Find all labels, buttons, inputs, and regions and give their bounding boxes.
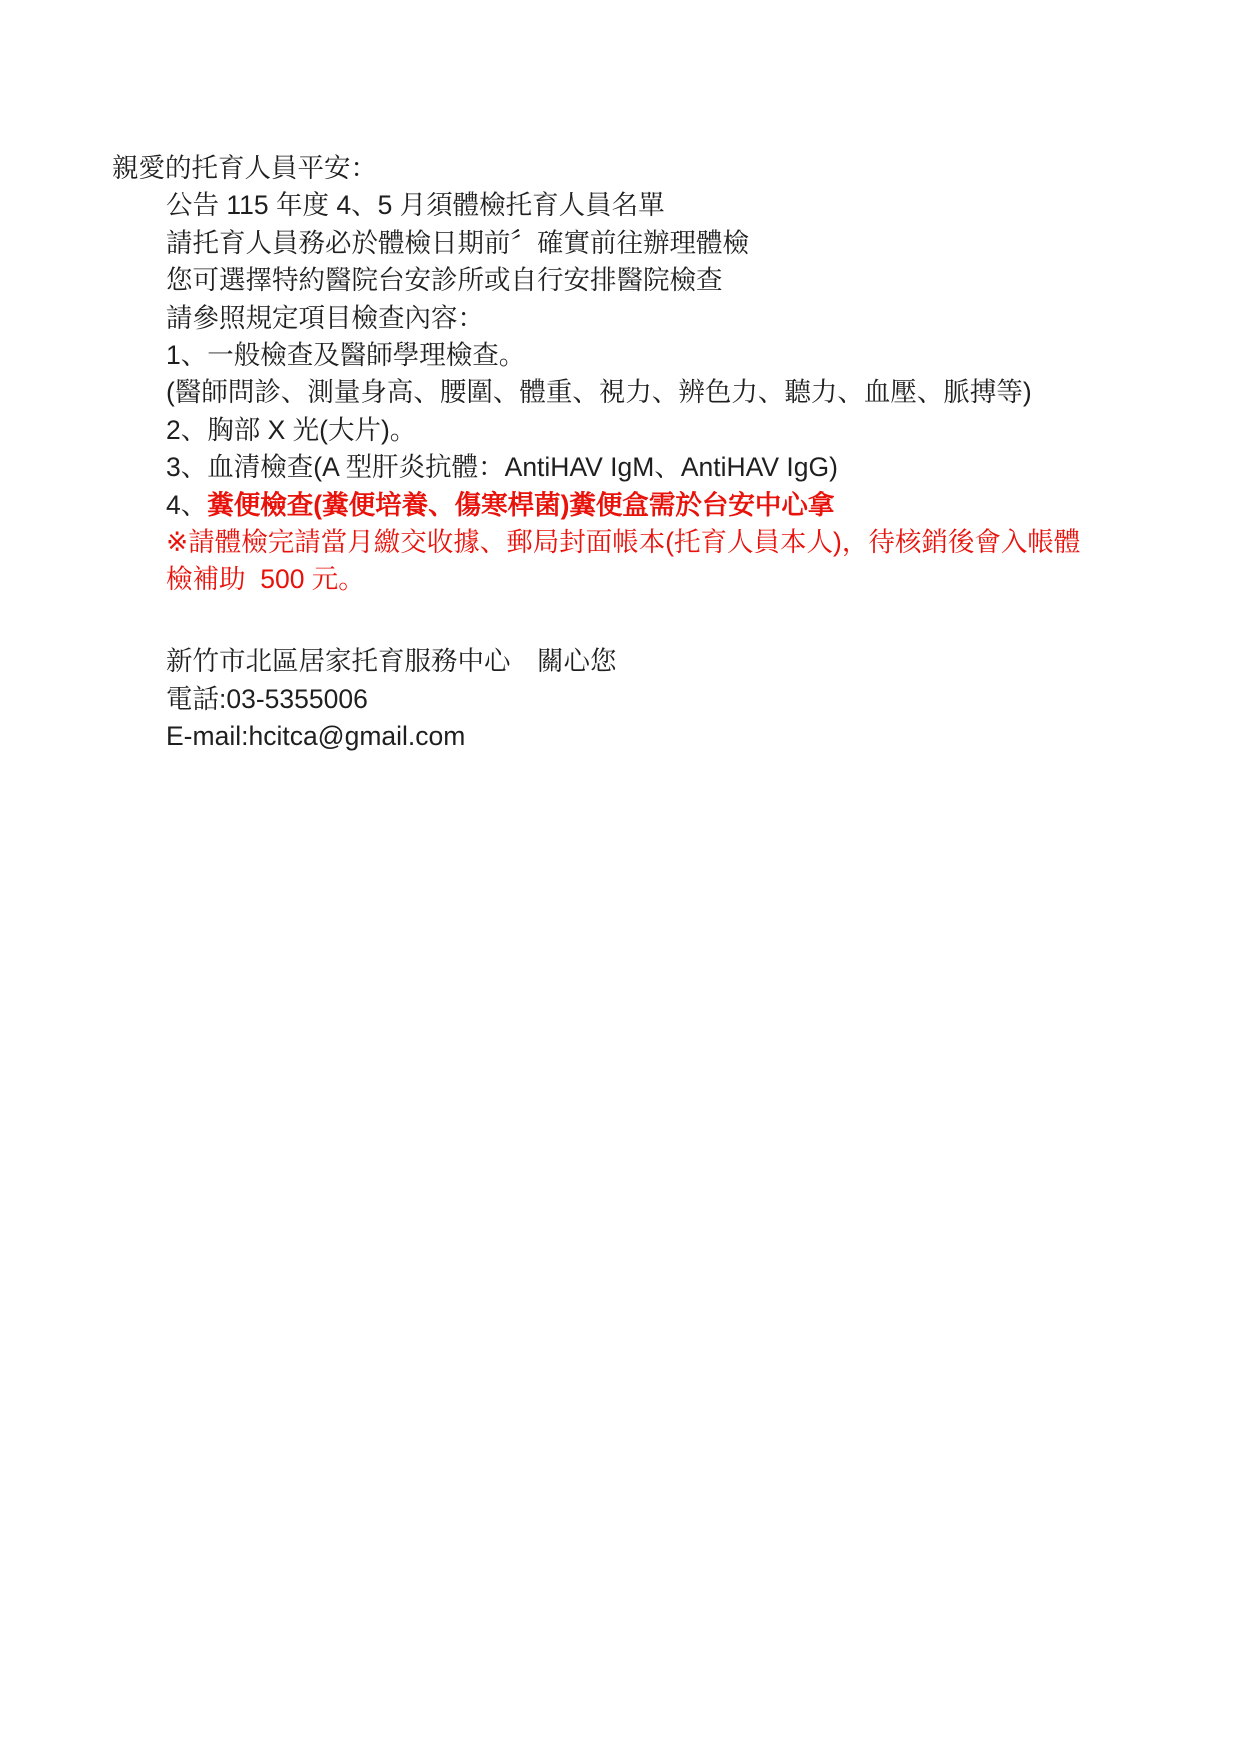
line-note-1: ※請體檢完請當月繳交收據、郵局封面帳本(托育人員本人)，待核銷後會入帳體 [0,524,1241,561]
line-salutation: 親愛的托育人員平安： [0,150,1241,187]
line-item-1: 1、一般檢查及醫師學理檢查。 [0,337,1241,374]
item-3-text: 3、血清檢查(A 型肝炎抗體：AntiHAV IgM、AntiHAV IgG) [166,452,838,482]
phone-text: 電話:03-5355006 [166,684,368,714]
line-item-2: 2、胸部 X 光(大片)。 [0,412,1241,449]
line-items-intro: 請參照規定項目檢查內容： [0,300,1241,337]
items-intro-text: 請參照規定項目檢查內容： [166,303,484,333]
hospital-option-text: 您可選擇特約醫院台安診所或自行安排醫院檢查 [166,265,723,295]
item-2-text: 2、胸部 X 光(大片)。 [166,415,416,445]
line-item-4: 4、糞便檢查(糞便培養、傷寒桿菌)糞便盒需於台安中心拿 [0,487,1241,524]
item-1-detail-text: (醫師問診、測量身高、腰圍、體重、視力、辨色力、聽力、血壓、脈搏等) [166,377,1032,407]
document-page: 親愛的托育人員平安： 公告 115 年度 4、5 月須體檢托育人員名單 請托育人… [0,0,1241,1755]
line-hospital-option: 您可選擇特約醫院台安診所或自行安排醫院檢查 [0,262,1241,299]
email-text: E-mail:hcitca@gmail.com [166,721,465,751]
item-4-text: 糞便檢查(糞便培養、傷寒桿菌)糞便盒需於台安中心拿 [207,490,834,520]
announcement-text: 公告 115 年度 4、5 月須體檢托育人員名單 [166,190,665,220]
note-text-1: ※請體檢完請當月繳交收據、郵局封面帳本(托育人員本人)，待核銷後會入帳體 [166,527,1080,557]
line-item-1-detail: (醫師問診、測量身高、腰圍、體重、視力、辨色力、聽力、血壓、脈搏等) [0,374,1241,411]
line-email: E-mail:hcitca@gmail.com [0,718,1241,755]
line-phone: 電話:03-5355006 [0,681,1241,718]
note-text-2: 檢補助 500 元。 [166,564,365,594]
item-1-text: 1、一般檢查及醫師學理檢查。 [166,340,525,370]
reminder-text: 請托育人員務必於體檢日期前〞確實前往辦理體檢 [166,228,749,258]
center-name-text: 新竹市北區居家托育服務中心 關心您 [166,646,617,676]
line-note-2: 檢補助 500 元。 [0,561,1241,598]
line-reminder: 請托育人員務必於體檢日期前〞確實前往辦理體檢 [0,225,1241,262]
line-item-3: 3、血清檢查(A 型肝炎抗體：AntiHAV IgM、AntiHAV IgG) [0,449,1241,486]
item-4-number: 4、 [166,490,207,520]
salutation-text: 親愛的托育人員平安： [112,153,377,183]
line-center-name: 新竹市北區居家托育服務中心 關心您 [0,643,1241,680]
line-blank [0,599,1241,636]
line-announcement: 公告 115 年度 4、5 月須體檢托育人員名單 [0,187,1241,224]
